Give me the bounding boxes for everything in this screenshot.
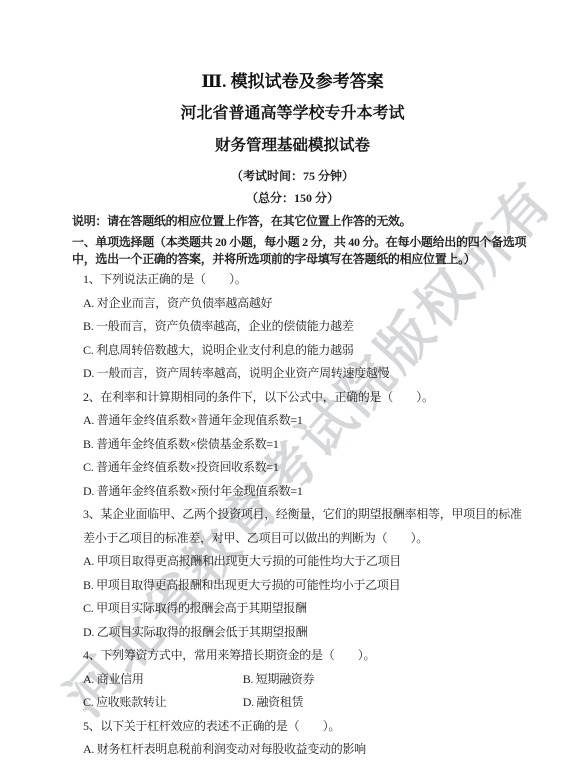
question-option: D. 普通年金终值系数×预付年金现值系数=1 (83, 480, 527, 504)
question-option: B. 一般而言，资产负债率越高，企业的偿债能力越差 (83, 315, 527, 339)
question-option: A. 甲项目取得更高报酬和出现更大亏损的可能性均大于乙项目 (83, 550, 527, 574)
question-4: 4、下列筹资方式中，常用来筹措长期资金的是（ ）。 A. 商业信用 B. 短期融… (83, 644, 527, 715)
question-2: 2、在利率和计算期相同的条件下，以下公式中，正确的是（ ）。 A. 普通年金终值… (83, 386, 527, 504)
question-stem: 1、下列说法正确的是（ ）。 (83, 268, 527, 292)
question-option: B. 普通年金终值系数×偿债基金系数=1 (83, 433, 527, 457)
page-content: Ⅲ. 模拟试卷及参考答案 河北省普通高等学校专升本考试 财务管理基础模拟试卷 （… (0, 72, 585, 762)
question-option-row: A. 商业信用 B. 短期融资券 (83, 668, 527, 692)
question-5: 5、以下关于杠杆效应的表述不正确的是（ ）。 A. 财务杠杆表明息税前利润变动对… (83, 715, 527, 762)
question-stem: 2、在利率和计算期相同的条件下，以下公式中，正确的是（ ）。 (83, 386, 527, 410)
question-stem: 4、下列筹资方式中，常用来筹措长期资金的是（ ）。 (83, 644, 527, 668)
answer-sheet-note: 说明：请在答题纸的相应位置上作答，在其它位置上作答的无效。 (72, 213, 527, 229)
question-stem: 5、以下关于杠杆效应的表述不正确的是（ ）。 (83, 715, 527, 739)
question-1: 1、下列说法正确的是（ ）。 A. 对企业而言，资产负债率越高越好 B. 一般而… (83, 268, 527, 386)
question-3: 3、某企业面临甲、乙两个投资项目，经衡量，它们的期望报酬率相等，甲项目的标准差小… (83, 503, 527, 644)
question-list: 1、下列说法正确的是（ ）。 A. 对企业而言，资产负债率越高越好 B. 一般而… (83, 268, 527, 762)
total-score: （总分：150 分） (0, 190, 585, 206)
question-option: A. 财务杠杆表明息税前利润变动对每股收益变动的影响 (83, 738, 527, 762)
section-heading: Ⅲ. 模拟试卷及参考答案 (0, 72, 585, 92)
question-option: B. 短期融资券 (243, 672, 315, 686)
scanned-exam-page: 河北省教育考试院版权所有 Ⅲ. 模拟试卷及参考答案 河北省普通高等学校专升本考试… (0, 0, 585, 770)
question-option: B. 甲项目取得更高报酬和出现更大亏损的可能性均小于乙项目 (83, 574, 527, 598)
question-option: A. 对企业而言，资产负债率越高越好 (83, 292, 527, 316)
exam-name-title: 河北省普通高等学校专升本考试 (0, 104, 585, 124)
paper-title: 财务管理基础模拟试卷 (0, 136, 585, 156)
question-option: C. 应收账款转让 (83, 691, 240, 715)
exam-time: （考试时间：75 分钟） (0, 168, 585, 184)
question-stem: 3、某企业面临甲、乙两个投资项目，经衡量，它们的期望报酬率相等，甲项目的标准差小… (83, 503, 527, 550)
question-option: C. 甲项目实际取得的报酬会高于其期望报酬 (83, 597, 527, 621)
section-one-header: 一、单项选择题（本类题共 20 小题，每小题 2 分，共 40 分。在每小题给出… (72, 234, 527, 268)
question-option: D. 融资租赁 (243, 695, 304, 709)
question-option: A. 商业信用 (83, 668, 240, 692)
question-option: C. 利息周转倍数越大，说明企业支付利息的能力越弱 (83, 339, 527, 363)
question-option: D. 乙项目实际取得的报酬会低于其期望报酬 (83, 621, 527, 645)
question-option: D. 一般而言，资产周转率越高，说明企业资产周转速度越慢 (83, 362, 527, 386)
question-option: A. 普通年金终值系数×普通年金现值系数=1 (83, 409, 527, 433)
question-option-row: C. 应收账款转让 D. 融资租赁 (83, 691, 527, 715)
question-option: C. 普通年金终值系数×投资回收系数=1 (83, 456, 527, 480)
